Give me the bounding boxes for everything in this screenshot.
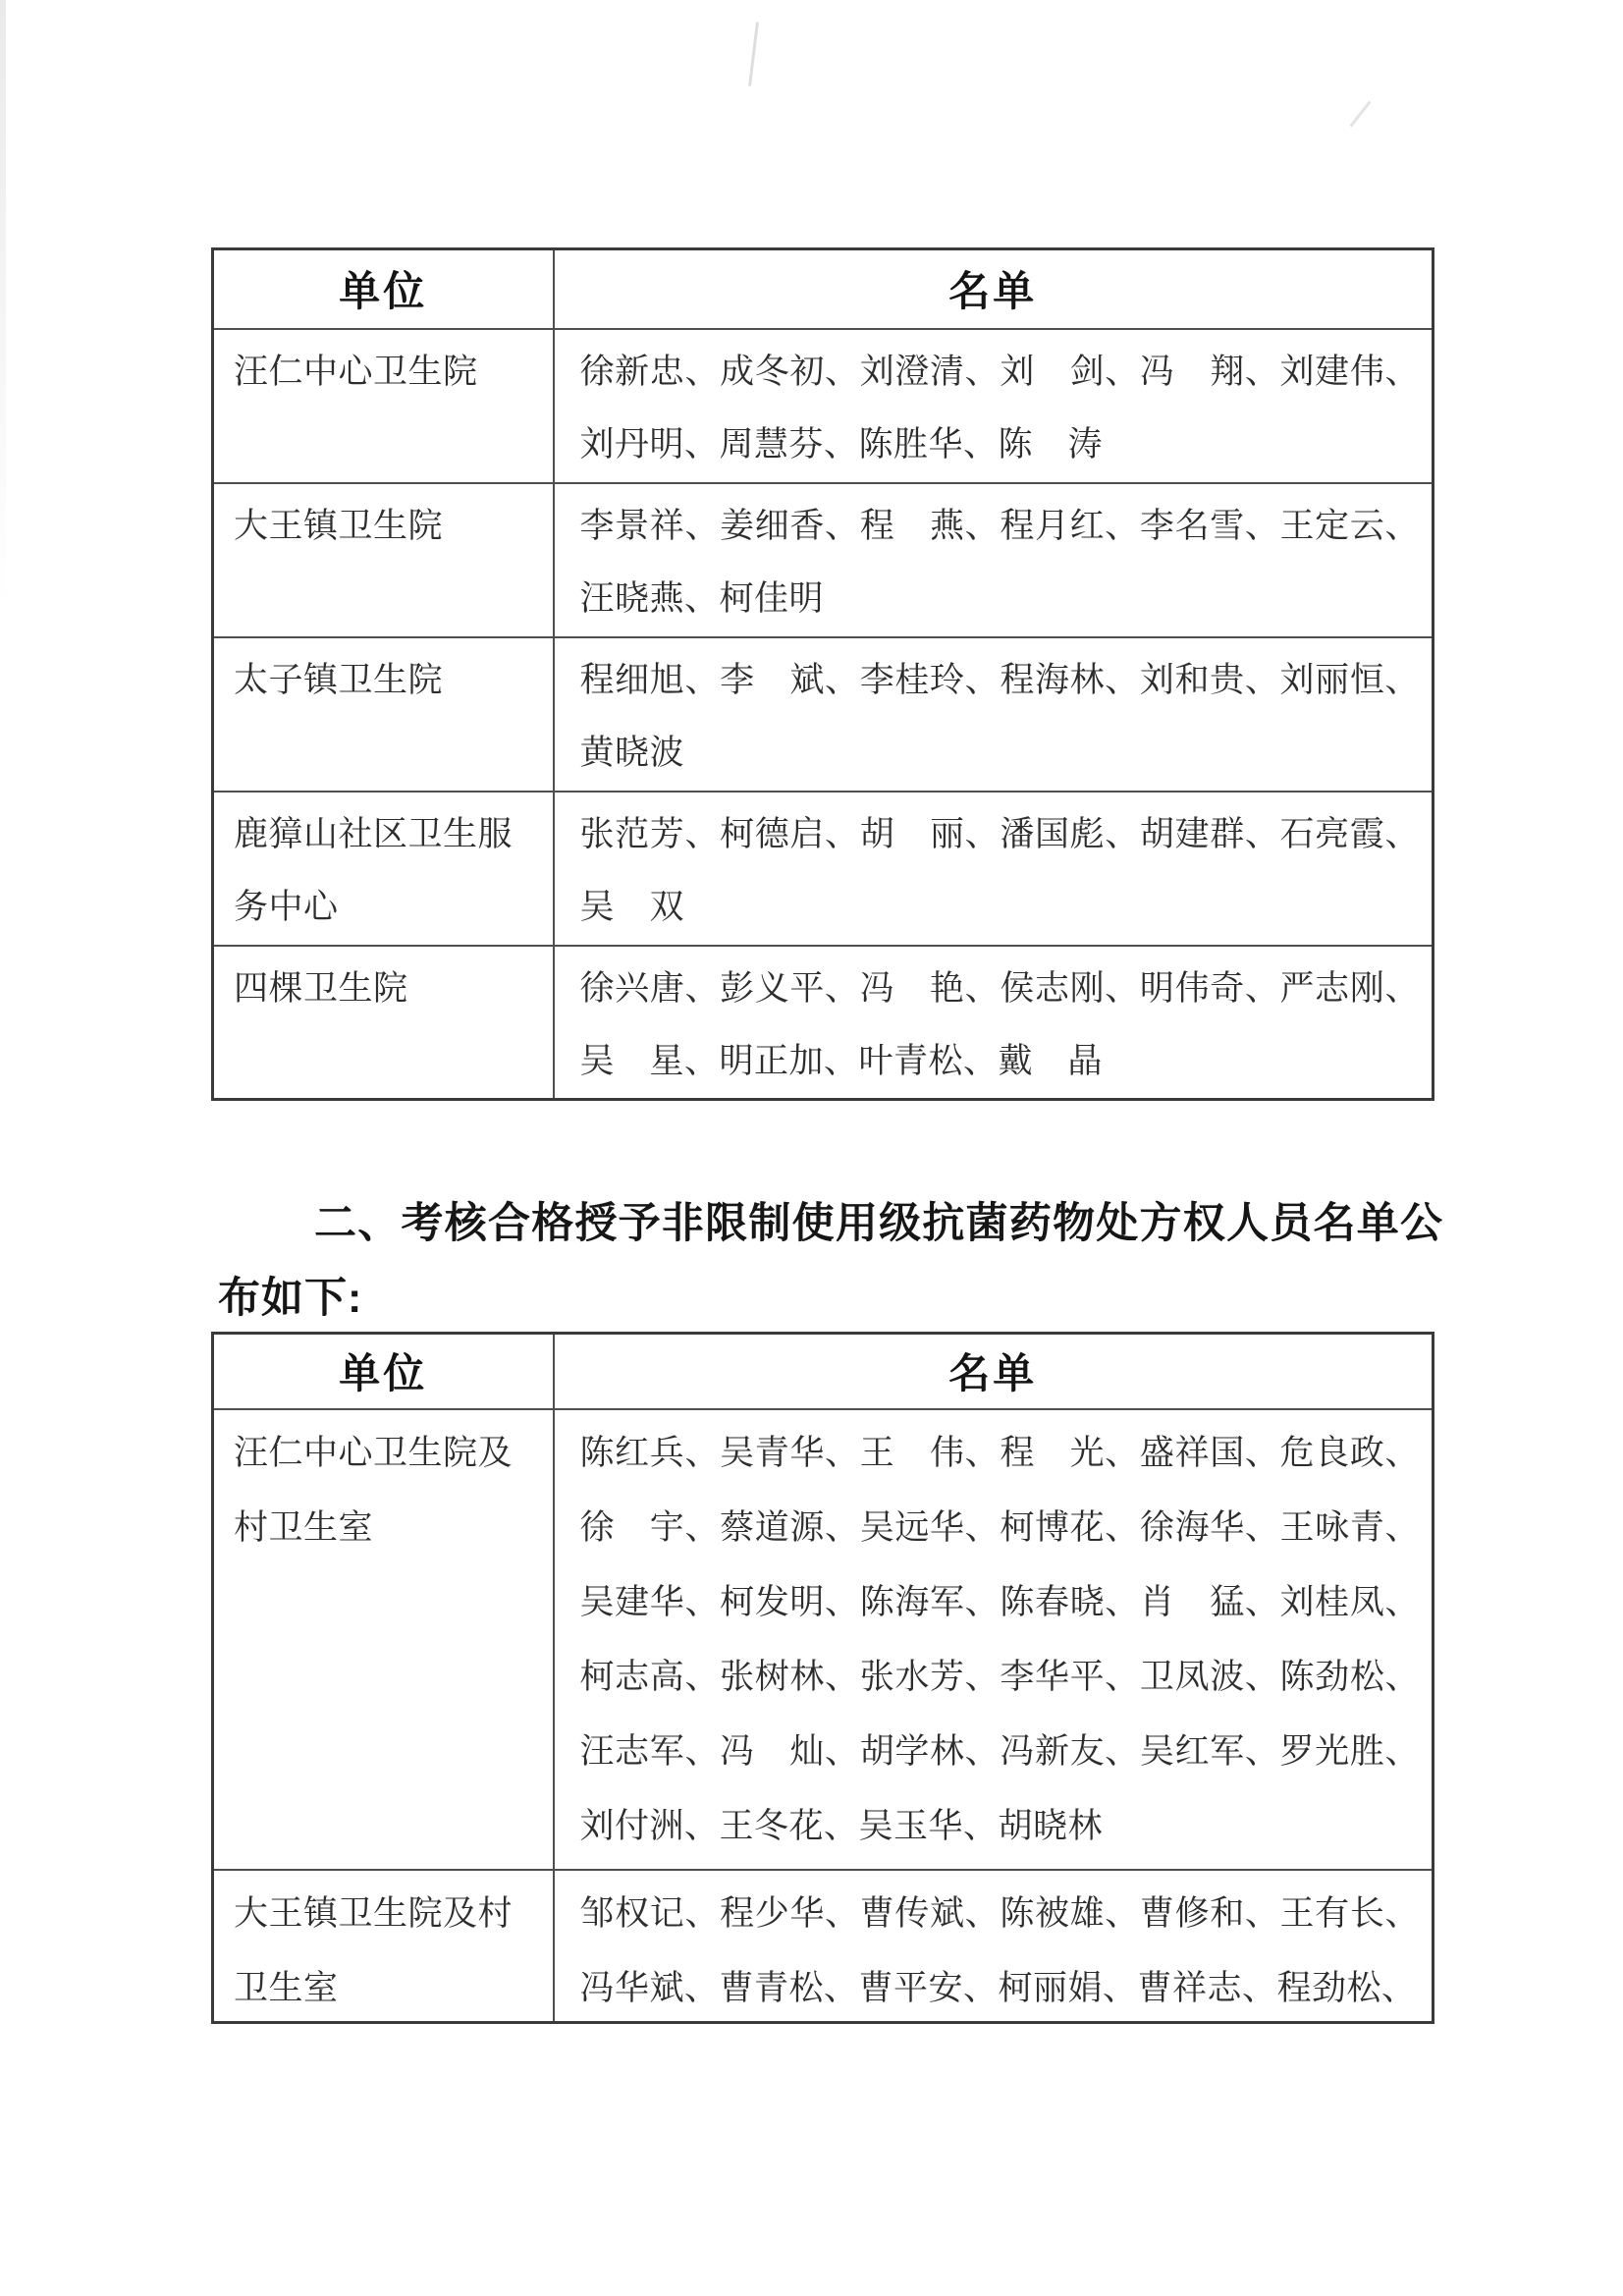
unit-cell: 鹿獐山社区卫生服务中心 <box>213 792 554 946</box>
names-cell: 陈红兵、吴青华、王 伟、程 光、盛祥国、危良政、徐 宇、蔡道源、吴远华、柯博花、… <box>554 1409 1434 1870</box>
unit-cell: 太子镇卫生院 <box>213 637 554 792</box>
names-cell: 邹权记、程少华、曹传斌、陈被雄、曹修和、王有长、冯华斌、曹青松、曹平安、柯丽娟、… <box>554 1870 1434 2023</box>
unit-cell: 大王镇卫生院及村卫生室 <box>213 1870 554 2023</box>
table-row: 大王镇卫生院及村卫生室 邹权记、程少华、曹传斌、陈被雄、曹修和、王有长、冯华斌、… <box>213 1870 1434 2023</box>
table-row: 太子镇卫生院 程细旭、李 斌、李桂玲、程海林、刘和贵、刘丽恒、黄晓波 <box>213 637 1434 792</box>
scan-artifact <box>0 0 6 609</box>
table-header-row: 单位 名单 <box>213 1334 1434 1409</box>
names-column-header: 名单 <box>554 249 1434 329</box>
unit-cell: 四棵卫生院 <box>213 946 554 1100</box>
names-column-header: 名单 <box>554 1334 1434 1409</box>
names-cell: 徐兴唐、彭义平、冯 艳、侯志刚、明伟奇、严志刚、吴 星、明正加、叶青松、戴 晶 <box>554 946 1434 1100</box>
scan-artifact <box>748 22 759 86</box>
names-cell: 徐新忠、成冬初、刘澄清、刘 剑、冯 翔、刘建伟、刘丹明、周慧芬、陈胜华、陈 涛 <box>554 329 1434 483</box>
table-row: 四棵卫生院 徐兴唐、彭义平、冯 艳、侯志刚、明伟奇、严志刚、吴 星、明正加、叶青… <box>213 946 1434 1100</box>
table-row: 大王镇卫生院 李景祥、姜细香、程 燕、程月红、李名雪、王定云、汪晓燕、柯佳明 <box>213 483 1434 637</box>
unit-cell-text: 大王镇卫生院及村卫生室 <box>234 1877 529 2020</box>
table-row: 汪仁中心卫生院 徐新忠、成冬初、刘澄清、刘 剑、冯 翔、刘建伟、刘丹明、周慧芬、… <box>213 329 1434 483</box>
roster-table-2: 单位 名单 汪仁中心卫生院及村卫生室 陈红兵、吴青华、王 伟、程 光、盛祥国、危… <box>211 1332 1434 2024</box>
document-page: 单位 名单 汪仁中心卫生院 徐新忠、成冬初、刘澄清、刘 剑、冯 翔、刘建伟、刘丹… <box>0 0 1623 2296</box>
roster-table-1: 单位 名单 汪仁中心卫生院 徐新忠、成冬初、刘澄清、刘 剑、冯 翔、刘建伟、刘丹… <box>211 247 1434 1101</box>
unit-column-header: 单位 <box>213 1334 554 1409</box>
names-cell: 张范芳、柯德启、胡 丽、潘国彪、胡建群、石亮霞、吴 双 <box>554 792 1434 946</box>
unit-cell: 大王镇卫生院 <box>213 483 554 637</box>
unit-cell: 汪仁中心卫生院 <box>213 329 554 483</box>
unit-cell: 汪仁中心卫生院及村卫生室 <box>213 1409 554 1870</box>
scan-artifact <box>1349 100 1371 127</box>
names-cell: 程细旭、李 斌、李桂玲、程海林、刘和贵、刘丽恒、黄晓波 <box>554 637 1434 792</box>
names-cell: 李景祥、姜细香、程 燕、程月红、李名雪、王定云、汪晓燕、柯佳明 <box>554 483 1434 637</box>
unit-column-header: 单位 <box>213 249 554 329</box>
table-row: 汪仁中心卫生院及村卫生室 陈红兵、吴青华、王 伟、程 光、盛祥国、危良政、徐 宇… <box>213 1409 1434 1870</box>
names-cell-text: 邹权记、程少华、曹传斌、陈被雄、曹修和、王有长、冯华斌、曹青松、曹平安、柯丽娟、… <box>580 1877 1421 2020</box>
table-row: 鹿獐山社区卫生服务中心 张范芳、柯德启、胡 丽、潘国彪、胡建群、石亮霞、吴 双 <box>213 792 1434 946</box>
section-2-heading: 二、考核合格授予非限制使用级抗菌药物处方权人员名单公布如下: <box>218 1186 1443 1336</box>
table-header-row: 单位 名单 <box>213 249 1434 329</box>
